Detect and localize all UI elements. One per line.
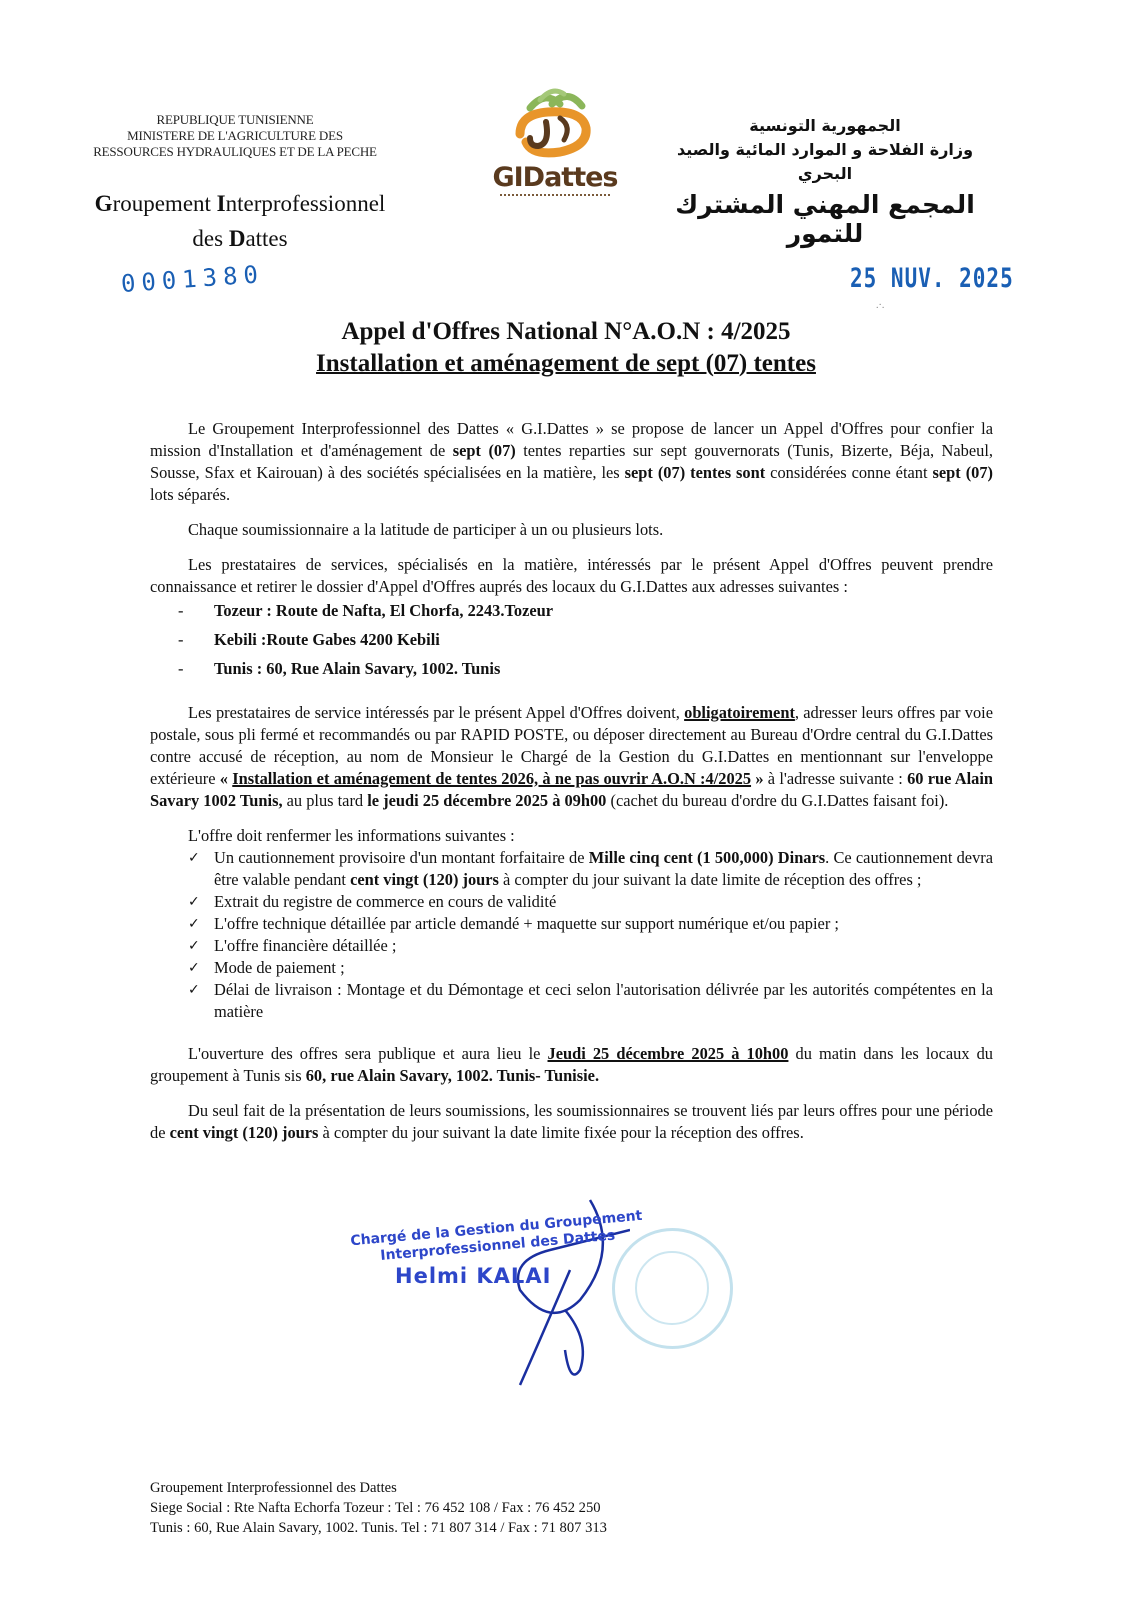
- gidattes-logo: GIDattes: [490, 86, 620, 206]
- check-icon: ✓: [188, 979, 200, 1001]
- logo-text: GIDattes: [490, 162, 620, 193]
- paragraph-requirements-intro: L'offre doit renfermer les informations …: [150, 825, 993, 847]
- paragraph-dossier: Les prestataires de services, spécialisé…: [150, 554, 993, 598]
- footer: Groupement Interprofessionnel des Dattes…: [150, 1478, 607, 1538]
- footer-line-2: Siege Social : Rte Nafta Echorfa Tozeur …: [150, 1498, 607, 1518]
- paragraph-intro: Le Groupement Interprofessionnel des Dat…: [150, 418, 993, 506]
- organization-name-fr: Groupement Interprofessionnel des Dattes: [55, 186, 425, 256]
- requirement-item: ✓L'offre financière détaillée ;: [188, 935, 993, 957]
- footer-line-3: Tunis : 60, Rue Alain Savary, 1002. Tuni…: [150, 1518, 607, 1538]
- paragraph-submission: Les prestataires de service intéressés p…: [150, 702, 993, 812]
- check-icon: ✓: [188, 935, 200, 957]
- ministry-line-ar-1: الجمهورية التونسية: [650, 114, 1000, 138]
- requirement-item: ✓Un cautionnement provisoire d'un montan…: [188, 847, 993, 891]
- tender-title: Appel d'Offres National N°A.O.N : 4/2025: [0, 318, 1132, 346]
- address-item: Kebili :Route Gabes 4200 Kebili: [178, 629, 993, 651]
- footer-line-1: Groupement Interprofessionnel des Dattes: [150, 1478, 607, 1498]
- check-icon: ✓: [188, 847, 200, 869]
- ministry-line-1: REPUBLIQUE TUNISIENNE: [55, 112, 415, 128]
- ministry-line-ar-2: وزارة الفلاحة و الموارد المائية والصيد ا…: [650, 138, 1000, 186]
- check-icon: ✓: [188, 957, 200, 979]
- paragraph-lots: Chaque soumissionnaire a la latitude de …: [150, 519, 993, 541]
- signatory-name: Helmi KALAI: [395, 1264, 610, 1288]
- reference-number-stamp: 0001380: [120, 260, 265, 298]
- tender-subtitle: Installation et aménagement de sept (07)…: [0, 350, 1132, 378]
- logo-arabic-subtitle: [500, 194, 610, 200]
- scan-mark: .·.: [876, 300, 884, 311]
- requirement-item: ✓Extrait du registre de commerce en cour…: [188, 891, 993, 913]
- date-stamp: 25 NUV. 2025: [850, 263, 1014, 293]
- paragraph-opening: L'ouverture des offres sera publique et …: [150, 1043, 993, 1087]
- ministry-line-2: MINISTERE DE L'AGRICULTURE DES: [55, 128, 415, 144]
- paragraph-validity: Du seul fait de la présentation de leurs…: [150, 1100, 993, 1144]
- ministry-line-3: RESSOURCES HYDRAULIQUES ET DE LA PECHE: [55, 144, 415, 160]
- palm-date-logo-icon: [490, 86, 620, 166]
- requirement-item: ✓L'offre technique détaillée par article…: [188, 913, 993, 935]
- document-body: Le Groupement Interprofessionnel des Dat…: [150, 418, 993, 1157]
- address-item: Tozeur : Route de Nafta, El Chorfa, 2243…: [178, 600, 993, 622]
- signature-stamp: Chargé de la Gestion du Groupement Inter…: [350, 1222, 610, 1288]
- check-icon: ✓: [188, 891, 200, 913]
- ministry-header: REPUBLIQUE TUNISIENNE MINISTERE DE L'AGR…: [55, 112, 415, 160]
- official-seal-icon: [612, 1228, 733, 1349]
- requirement-item: ✓Mode de paiement ;: [188, 957, 993, 979]
- ministry-header-ar: الجمهورية التونسية وزارة الفلاحة و الموا…: [650, 114, 1000, 186]
- address-list: Tozeur : Route de Nafta, El Chorfa, 2243…: [178, 600, 993, 680]
- requirement-item: ✓Délai de livraison : Montage et du Démo…: [188, 979, 993, 1023]
- requirements-list: ✓Un cautionnement provisoire d'un montan…: [188, 847, 993, 1023]
- check-icon: ✓: [188, 913, 200, 935]
- organization-name-ar: المجمع المهني المشترك للتمور: [650, 190, 1000, 248]
- address-item: Tunis : 60, Rue Alain Savary, 1002. Tuni…: [178, 658, 993, 680]
